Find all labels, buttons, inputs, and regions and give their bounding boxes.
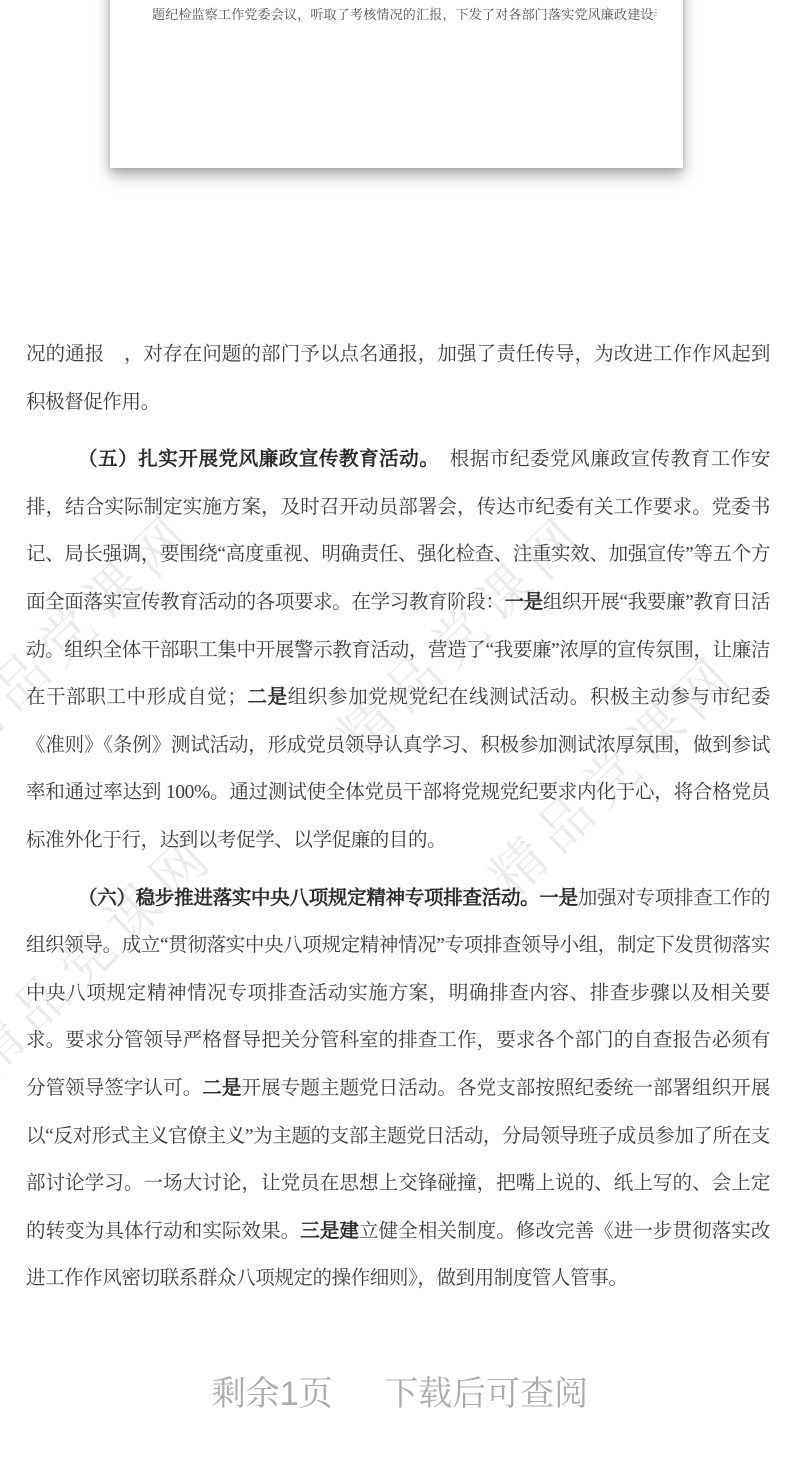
bold-text-run: 一是 <box>539 888 577 909</box>
bold-text-run: （五）扎实开展党风廉政宣传教育活动。 <box>78 449 430 470</box>
text-run: 组织参加党规党纪在线测试活动。积极主动参与市纪委《准则》《条例》测试活动，形成党… <box>26 687 770 851</box>
bold-text-run: 一是 <box>505 592 543 613</box>
document-text: 况的通报 ，对存在问题的部门予以点名通报，加强了责任传导，为改进工作作风起到积极… <box>26 331 770 1303</box>
remaining-pages-hint: 剩余1页 下载后可查阅 <box>0 1374 800 1414</box>
bold-text-run: 二是 <box>246 687 287 708</box>
document-paragraph: （六）稳步推进落实中央八项规定精神专项排查活动。一是加强对专项排查工作的组织领导… <box>26 875 770 1303</box>
previous-page-card: 题纪检监察工作党委会议，听取了考核情况的汇报，下发了对各部门落实党风廉政建设考核… <box>110 0 683 168</box>
bold-text-run: （六）稳步推进落实中央八项规定精神专项排查活动。 <box>78 888 539 909</box>
document-preview-screen: 题纪检监察工作党委会议，听取了考核情况的汇报，下发了对各部门落实党风廉政建设考核… <box>0 0 800 1478</box>
bold-text-run: 三是建 <box>300 1221 359 1242</box>
text-run: 况的通报 ，对存在问题的部门予以点名通报，加强了责任传导，为改进工作作风起到积极… <box>26 344 770 413</box>
text-run: 加强对专项排查工作的组织领导。成立“贯彻落实中央八项规定精神情况”专项排查领导小… <box>26 888 770 1099</box>
document-paragraph: 况的通报 ，对存在问题的部门予以点名通报，加强了责任传导，为改进工作作风起到积极… <box>26 331 770 426</box>
text-run: 根据市纪委党风廉政宣传教育工作安排，结合实际制定实施方案，及时召开动员部署会，传… <box>26 449 770 613</box>
document-paragraph: （五）扎实开展党风廉政宣传教育活动。 根据市纪委党风廉政宣传教育工作安排，结合实… <box>26 436 770 864</box>
download-to-view-hint: 下载后可查阅 <box>384 1375 588 1413</box>
remaining-pages-count: 剩余1页 <box>212 1375 333 1413</box>
text-run: 开展专题主题党日活动。各党支部按照纪委统一部署组织开展以“反对形式主义官僚主义”… <box>26 1078 770 1242</box>
previous-page-tail-text: 题纪检监察工作党委会议，听取了考核情况的汇报，下发了对各部门落实党风廉政建设考核… <box>152 6 657 24</box>
bold-text-run: 二是 <box>202 1078 241 1099</box>
